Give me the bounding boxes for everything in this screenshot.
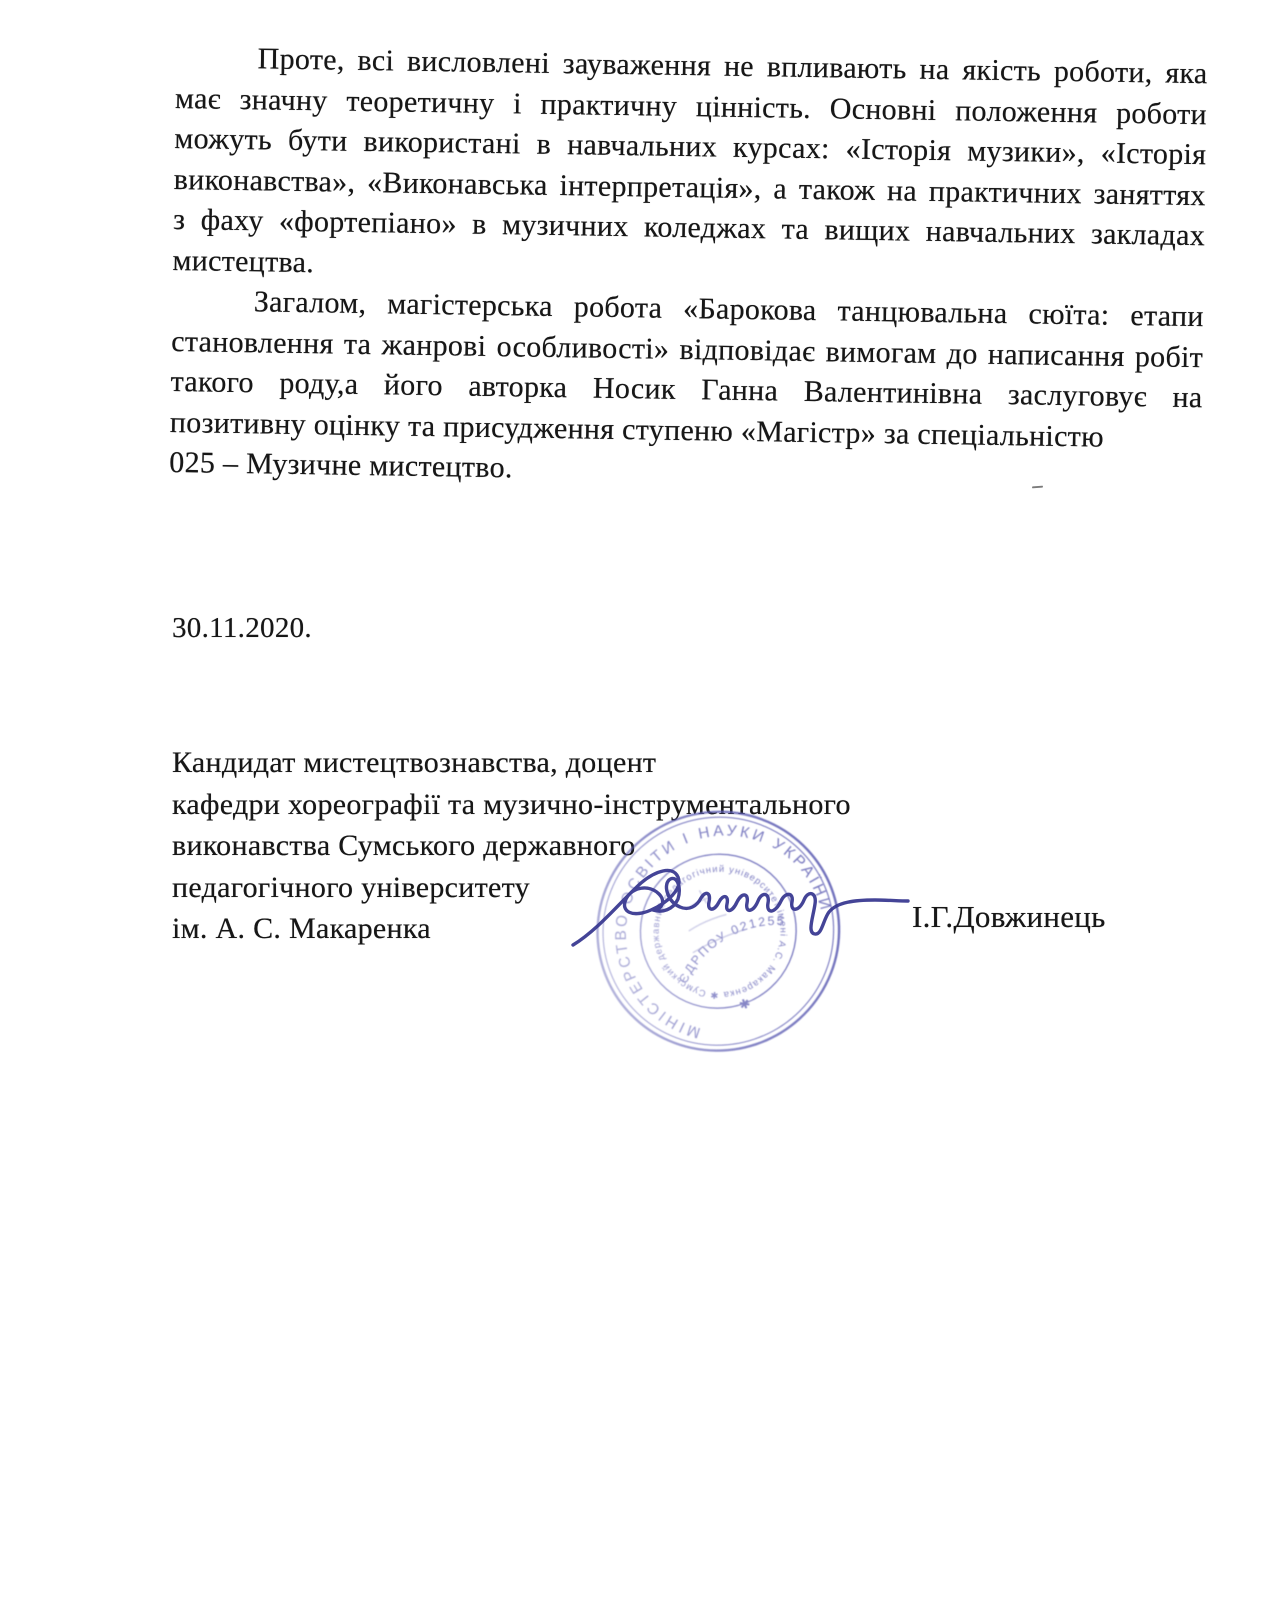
document-page: Проте, всі висловлені зауваження не впли…	[0, 0, 1268, 1600]
credentials-line: виконавства Сумського державного	[172, 825, 892, 867]
credentials-line: педагогічного університету	[172, 867, 892, 909]
credentials-line: ім. А. С. Макаренка	[172, 908, 892, 950]
body-text-block: Проте, всі висловлені зауваження не впли…	[169, 38, 1208, 500]
document-date: 30.11.2020.	[172, 612, 312, 645]
signer-name: І.Г.Довжинець	[912, 899, 1106, 935]
stamp-star-glyph: ✱	[737, 995, 753, 1013]
credentials-block: Кандидат мистецтвознавства, доцент кафед…	[172, 742, 892, 950]
credentials-line: Кандидат мистецтвознавства, доцент	[172, 742, 892, 784]
credentials-line: кафедри хореографії та музично-інструмен…	[172, 784, 892, 826]
